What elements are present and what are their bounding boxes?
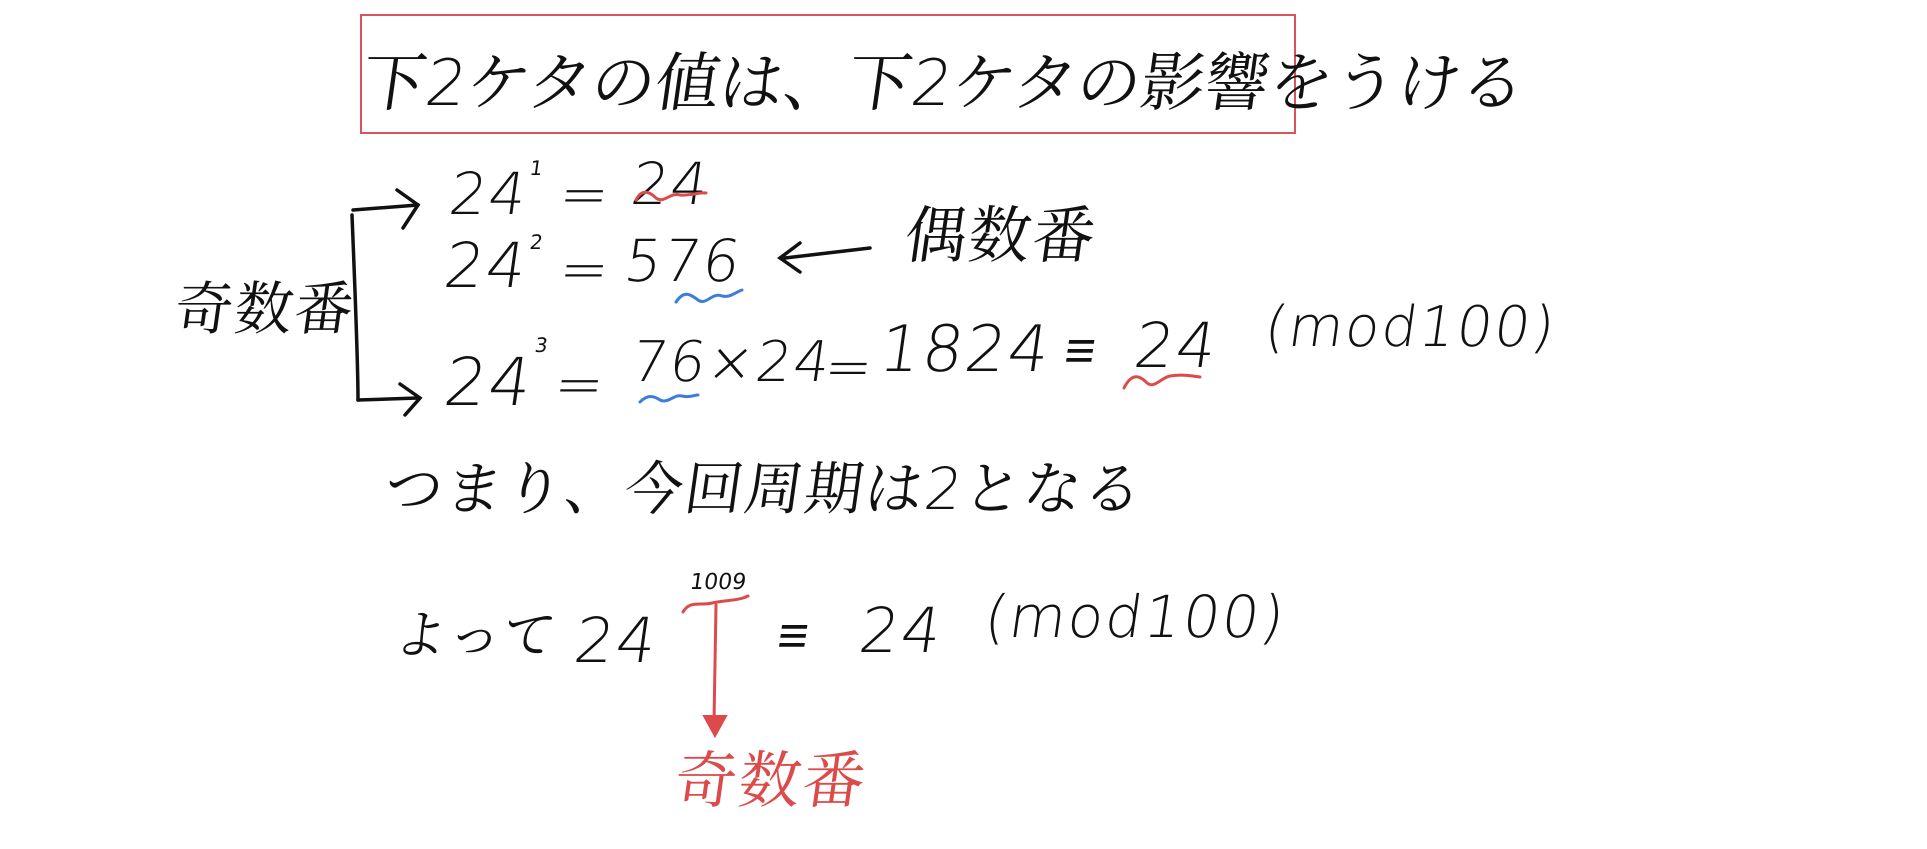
blue-underline-line2 bbox=[676, 290, 742, 302]
red-underline-line3 bbox=[1124, 375, 1200, 388]
red-arrowhead-icon bbox=[704, 716, 726, 736]
red-down-arrow-icon bbox=[714, 605, 716, 722]
blue-underline-line3 bbox=[640, 395, 698, 402]
left-arrow-icon bbox=[780, 243, 870, 272]
pen-strokes bbox=[0, 0, 1927, 849]
handwritten-note: 下2ケタの値は、下2ケタの影響をうける 24 1 = 24 24 2 = 576… bbox=[0, 0, 1927, 849]
red-underline-line1 bbox=[636, 192, 706, 200]
odd-bracket bbox=[352, 190, 420, 415]
